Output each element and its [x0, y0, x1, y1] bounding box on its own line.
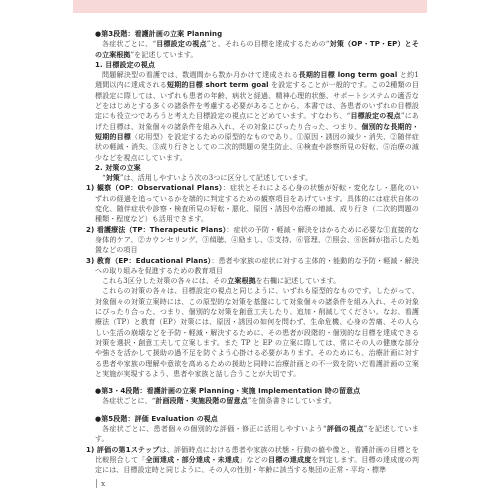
- text-segment: これらの対策の各々は、目標設定の視点と同じように、いずれも原型的なものです。した…: [95, 287, 419, 377]
- page: ●第3段階：看護計画の立案 Planning各症状ごとに、“目標設定の視点”と、…: [73, 0, 427, 500]
- section-heading: ●第3段階：看護計画の立案 Planning: [95, 29, 419, 39]
- text-segment: 各症状ごとに、“: [102, 40, 156, 48]
- text-segment: 問題解決型の看護では、数週間から数か月かけて達成される: [102, 71, 299, 79]
- text-segment: 短期的目標 short term goal: [167, 81, 269, 89]
- text-segment: 各症状ごとに、患者個々の個別的な評価・修正に活用しやすいよう“: [102, 425, 327, 433]
- section-heading: ●第5段階：評価 Evaluation の視点: [95, 414, 419, 424]
- text-segment: 1. 目標設定の視点: [95, 61, 155, 69]
- header-band: [73, 0, 427, 13]
- text-segment: ●第5段階：評価 Evaluation の視点: [95, 415, 218, 423]
- list-item: 2) 看護療法（TP：Therapeutic Plans）：症状の予防・軽減・解…: [95, 225, 419, 256]
- page-number: x: [96, 479, 105, 488]
- text-segment: ”を箇条書きにしています。: [248, 397, 336, 405]
- paragraph: これら3区分した対策の各々には、その立案根拠を右欄に記述しています。: [95, 276, 419, 286]
- text-segment: ”は、活用しやすいよう次の3つに区分して記述しています。: [120, 174, 312, 182]
- list-item: 1) 評価の第1ステップは、評価時点における患者や家族の状態・行動の値や像と、看…: [95, 445, 419, 476]
- spacer: [95, 379, 419, 386]
- text-segment: 立案根拠: [227, 277, 255, 285]
- text-segment: 2) 看護療法（TP：Therapeutic Plans）: [86, 226, 226, 234]
- list-item: 1) 観察（OP：Observational Plans）：症状とそれによる心身…: [95, 183, 419, 224]
- text-segment: ●第3段階：看護計画の立案 Planning: [95, 30, 222, 38]
- text-segment: 3) 教育（EP：Educational Plans）: [86, 257, 211, 265]
- subheading: 2. 対策の立案: [95, 163, 419, 173]
- text-segment: 」などの: [239, 456, 268, 464]
- text-segment: 1) 観察（OP：Observational Plans）: [86, 184, 223, 192]
- text-segment: 各症状ごとに、“: [102, 397, 155, 405]
- text-segment: 対策: [106, 174, 120, 182]
- text-segment: （応用型）を設定するための原型的なものであり、①原因・誘因の減少・消失、②随伴症…: [95, 133, 419, 162]
- paragraph: 各症状ごとに、“目標設定の視点”と、それらの目標を達成するための“対策（OP・T…: [95, 39, 419, 60]
- text-segment: 目標の達成度: [268, 456, 311, 464]
- paragraph: 各症状ごとに、“計画段階・実施段階の留意点”を箇条書きにしています。: [95, 396, 419, 406]
- paragraph: 問題解決型の看護では、数週間から数か月かけて達成される長期的目標 long te…: [95, 70, 419, 163]
- paragraph: これらの対策の各々は、目標設定の視点と同じように、いずれも原型的なものです。した…: [95, 286, 419, 379]
- text-segment: 目標設定の視点: [156, 40, 207, 48]
- page-footer: x: [96, 471, 105, 490]
- paragraph: 各症状ごとに、患者個々の個別的な評価・修正に活用しやすいよう“評価の視点”を記述…: [95, 424, 419, 445]
- text-segment: ●第3・4段階：看護計画の立案 Planning・実施 Implementati…: [95, 387, 360, 395]
- text-segment: 評価の視点: [327, 425, 364, 433]
- text-segment: 計画段階・実施段階の留意点: [155, 397, 247, 405]
- spacer: [95, 407, 419, 414]
- subheading: 1. 目標設定の視点: [95, 60, 419, 70]
- text-segment: 全面達成・部分達成・未達成: [146, 456, 240, 464]
- text-segment: 長期的目標 long term goal: [299, 71, 398, 79]
- section-heading: ●第3・4段階：看護計画の立案 Planning・実施 Implementati…: [95, 386, 419, 396]
- text-segment: 2. 対策の立案: [95, 164, 141, 172]
- text-segment: 目標設定の視点: [350, 112, 401, 120]
- text-segment: ”と、それらの目標を達成するための“: [207, 40, 330, 48]
- text-segment: を右欄に記述しています。: [256, 277, 341, 285]
- text-segment: 評価の第1ステップ: [97, 446, 160, 454]
- paragraph: “対策”は、活用しやすいよう次の3つに区分して記述しています。: [95, 173, 419, 183]
- page-text: ●第3段階：看護計画の立案 Planning各症状ごとに、“目標設定の視点”と、…: [73, 13, 427, 475]
- text-segment: 1): [86, 446, 97, 454]
- text-segment: ”を記述しています。: [131, 51, 198, 59]
- text-segment: これら3区分した対策の各々には、その: [102, 277, 227, 285]
- list-item: 3) 教育（EP：Educational Plans）：患者や家族の症状に対する…: [95, 256, 419, 277]
